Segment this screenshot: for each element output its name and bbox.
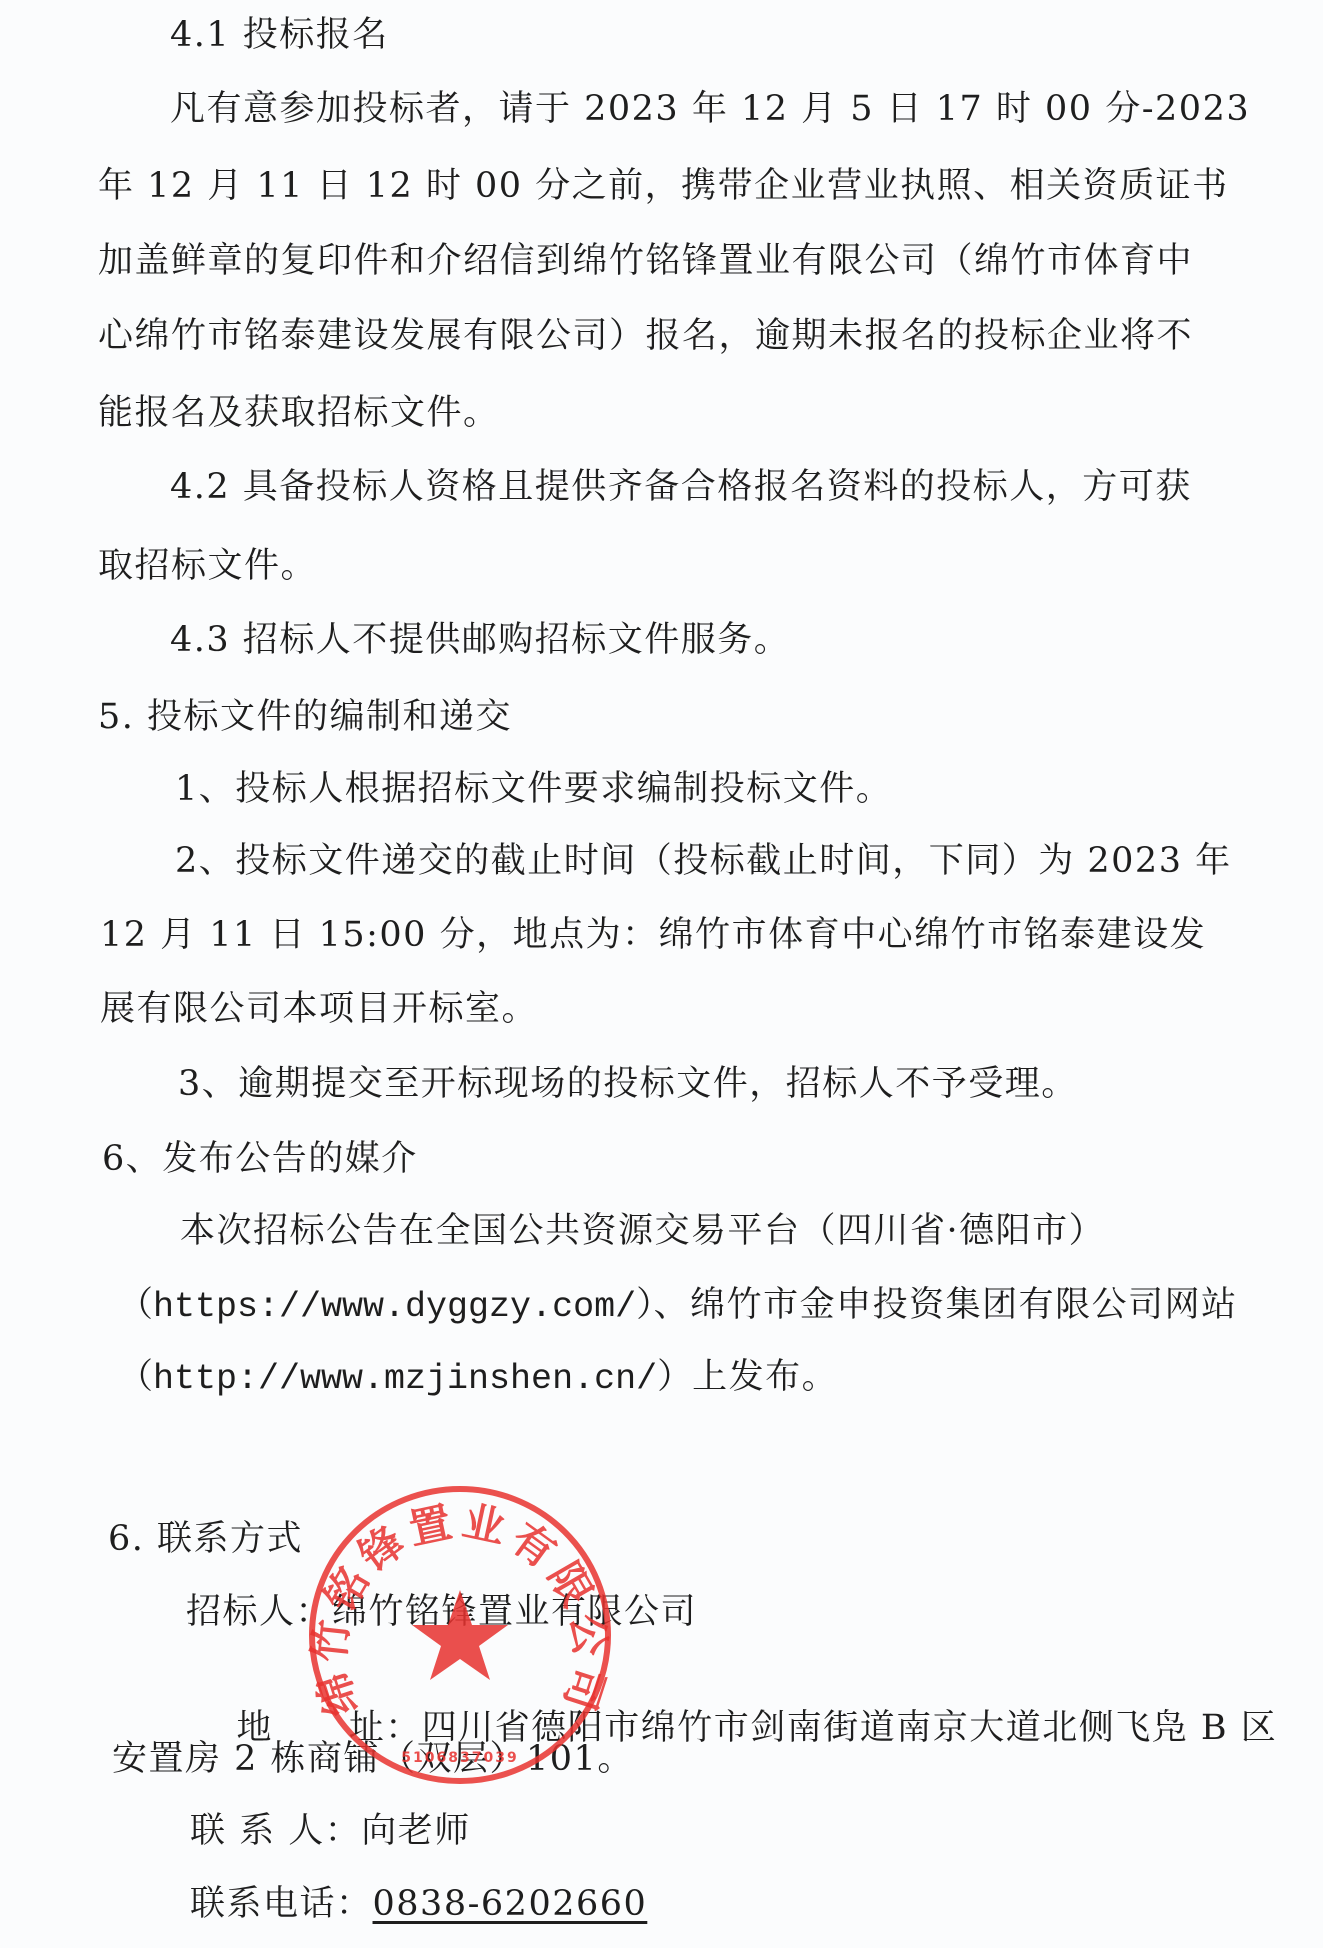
phone-value: 0838-6202660 [373, 1884, 648, 1924]
section-4-2-line-1: 4.2 具备投标人资格且提供齐备合格报名资料的投标人，方可获 [170, 465, 1192, 509]
section-5-item-2-line-3: 展有限公司本项目开标室。 [100, 987, 538, 1031]
section-6-media-line-3-text: 上发布。 [692, 1357, 838, 1397]
section-6-media-heading: 6、发布公告的媒介 [102, 1137, 418, 1181]
document-page: 4.1 投标报名 凡有意参加投标者，请于 2023 年 12 月 5 日 17 … [0, 0, 1323, 1948]
section-4-1-line-1: 凡有意参加投标者，请于 2023 年 12 月 5 日 17 时 00 分-20… [170, 87, 1250, 131]
section-4-1-line-2: 年 12 月 11 日 12 时 00 分之前，携带企业营业执照、相关资质证书 [98, 164, 1229, 208]
address-value-2: 安置房 2 栋商铺（双层）101。 [112, 1737, 634, 1781]
section-6-contact-heading: 6. 联系方式 [108, 1517, 303, 1561]
tenderer-label: 招标人： [186, 1592, 332, 1632]
section-5-heading: 5. 投标文件的编制和递交 [98, 695, 512, 739]
section-4-3-line: 4.3 招标人不提供邮购招标文件服务。 [170, 618, 790, 662]
tenderer-value: 绵竹铭锋置业有限公司 [332, 1592, 697, 1632]
section-6-media-line-1: 本次招标公告在全国公共资源交易平台（四川省·德阳市） [180, 1209, 1105, 1253]
contact-value: 向老师 [361, 1811, 471, 1851]
phone-label: 联系电话： [190, 1884, 373, 1924]
contact-label: 联 系 人： [190, 1811, 361, 1851]
section-6-media-line-3: （http://www.mzjinshen.cn/）上发布。 [118, 1355, 838, 1401]
section-5-item-3: 3、逾期提交至开标现场的投标文件，招标人不予受理。 [178, 1062, 1078, 1106]
url-mzjinshen: （http://www.mzjinshen.cn/） [118, 1359, 692, 1399]
section-6-media-line-2: （https://www.dyggzy.com/）、绵竹市金申投资集团有限公司网… [118, 1283, 1238, 1329]
section-5-item-1: 1、投标人根据招标文件要求编制投标文件。 [175, 767, 892, 811]
section-4-1-line-3: 加盖鲜章的复印件和介绍信到绵竹铭锋置业有限公司（绵竹市体育中 [98, 239, 1193, 283]
section-5-item-2-line-2: 12 月 11 日 15:00 分，地点为：绵竹市体育中心绵竹市铭泰建设发 [100, 913, 1206, 957]
tenderer-row: 招标人：绵竹铭锋置业有限公司 [186, 1590, 697, 1634]
contact-row: 联 系 人：向老师 [190, 1809, 471, 1853]
section-4-1-line-4: 心绵竹市铭泰建设发展有限公司）报名，逾期未报名的投标企业将不 [98, 314, 1193, 358]
phone-row: 联系电话：0838-6202660 [190, 1882, 647, 1926]
section-5-item-2-line-1: 2、投标文件递交的截止时间（投标截止时间，下同）为 2023 年 [175, 839, 1232, 883]
url-dyggzy: （https://www.dyggzy.com/） [118, 1287, 654, 1327]
section-4-1-line-5: 能报名及获取招标文件。 [98, 391, 500, 435]
section-4-2-line-2: 取招标文件。 [98, 544, 317, 588]
section-4-1-heading: 4.1 投标报名 [170, 13, 389, 57]
section-6-media-line-2-text: 、绵竹市金申投资集团有限公司网站 [654, 1285, 1238, 1325]
